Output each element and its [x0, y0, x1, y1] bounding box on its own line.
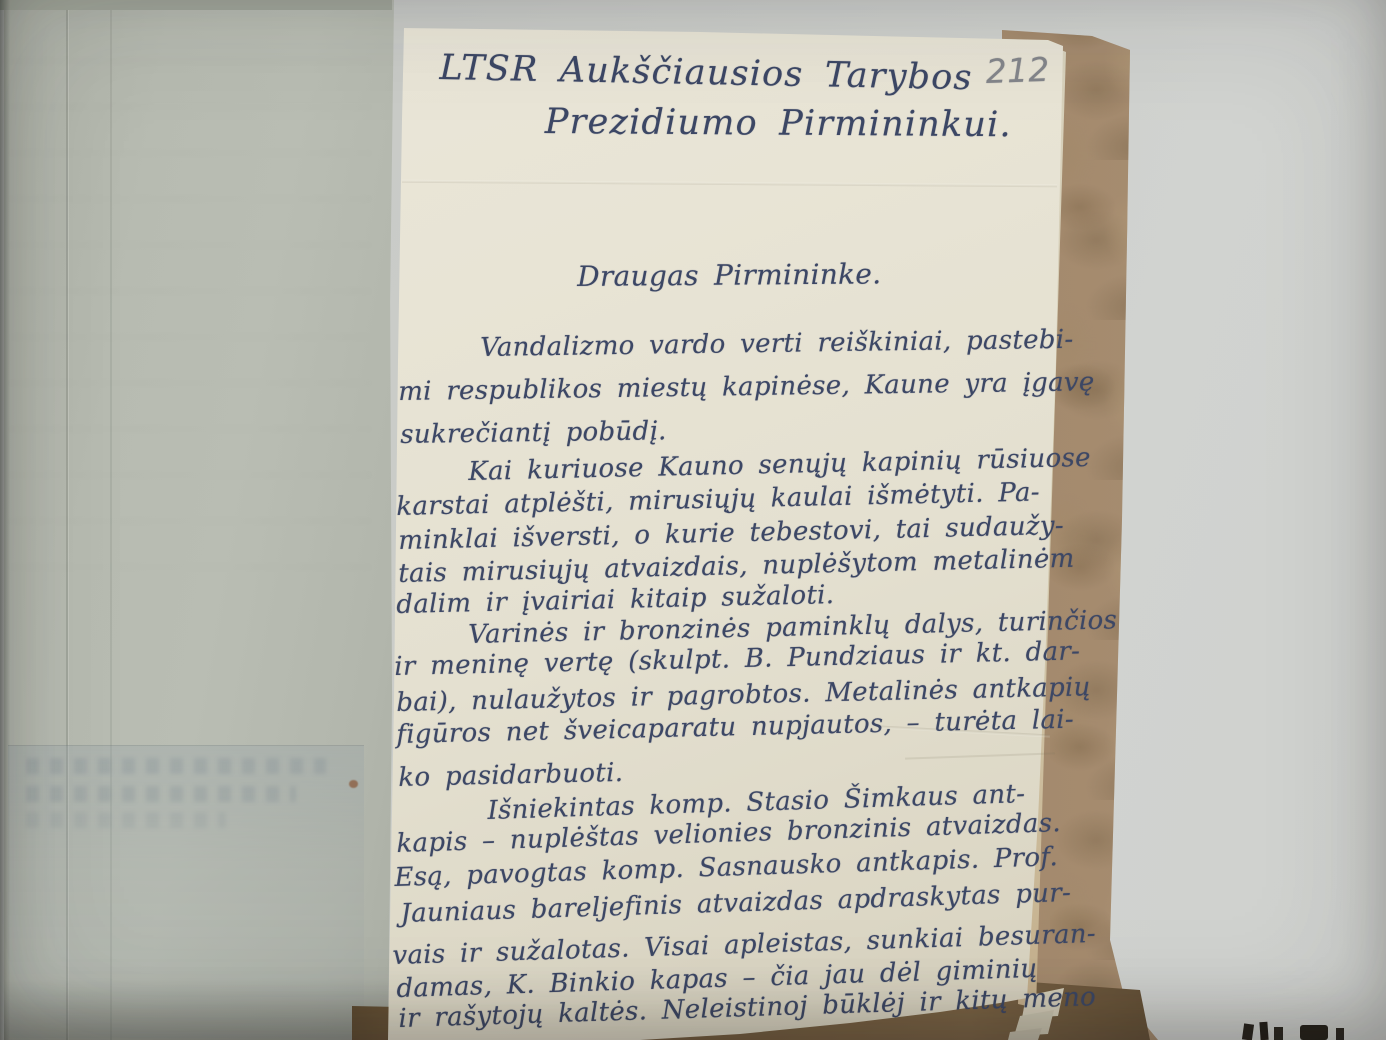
- bottom-edge-mark: [1336, 1028, 1344, 1040]
- handwriting-layer: LTSR Aukščiausios Tarybos Prezidiumo Pir…: [0, 0, 1386, 1040]
- bottom-edge-mark: [1274, 1027, 1283, 1040]
- salutation: Draugas Pirmininke.: [577, 257, 882, 293]
- page-number: 212: [985, 50, 1050, 91]
- bottom-edge-mark: [1242, 1023, 1254, 1040]
- recipient-line: Prezidiumo Pirmininkui.: [545, 102, 1012, 145]
- bottom-edge-mark: [1259, 1022, 1268, 1040]
- recipient-line: LTSR Aukščiausios Tarybos: [439, 48, 973, 98]
- handwritten-line: mi respublikos miestų kapinėse, Kaune yr…: [398, 367, 1095, 407]
- handwritten-line: Vandalizmo vardo verti reiškiniai, paste…: [480, 325, 1074, 363]
- bottom-edge-mark: [1300, 1025, 1328, 1040]
- handwritten-line: sukrečiantį pobūdį.: [400, 416, 667, 450]
- handwritten-line: ko pasidarbuoti.: [398, 758, 624, 793]
- archival-photo: LTSR Aukščiausios Tarybos Prezidiumo Pir…: [0, 0, 1386, 1040]
